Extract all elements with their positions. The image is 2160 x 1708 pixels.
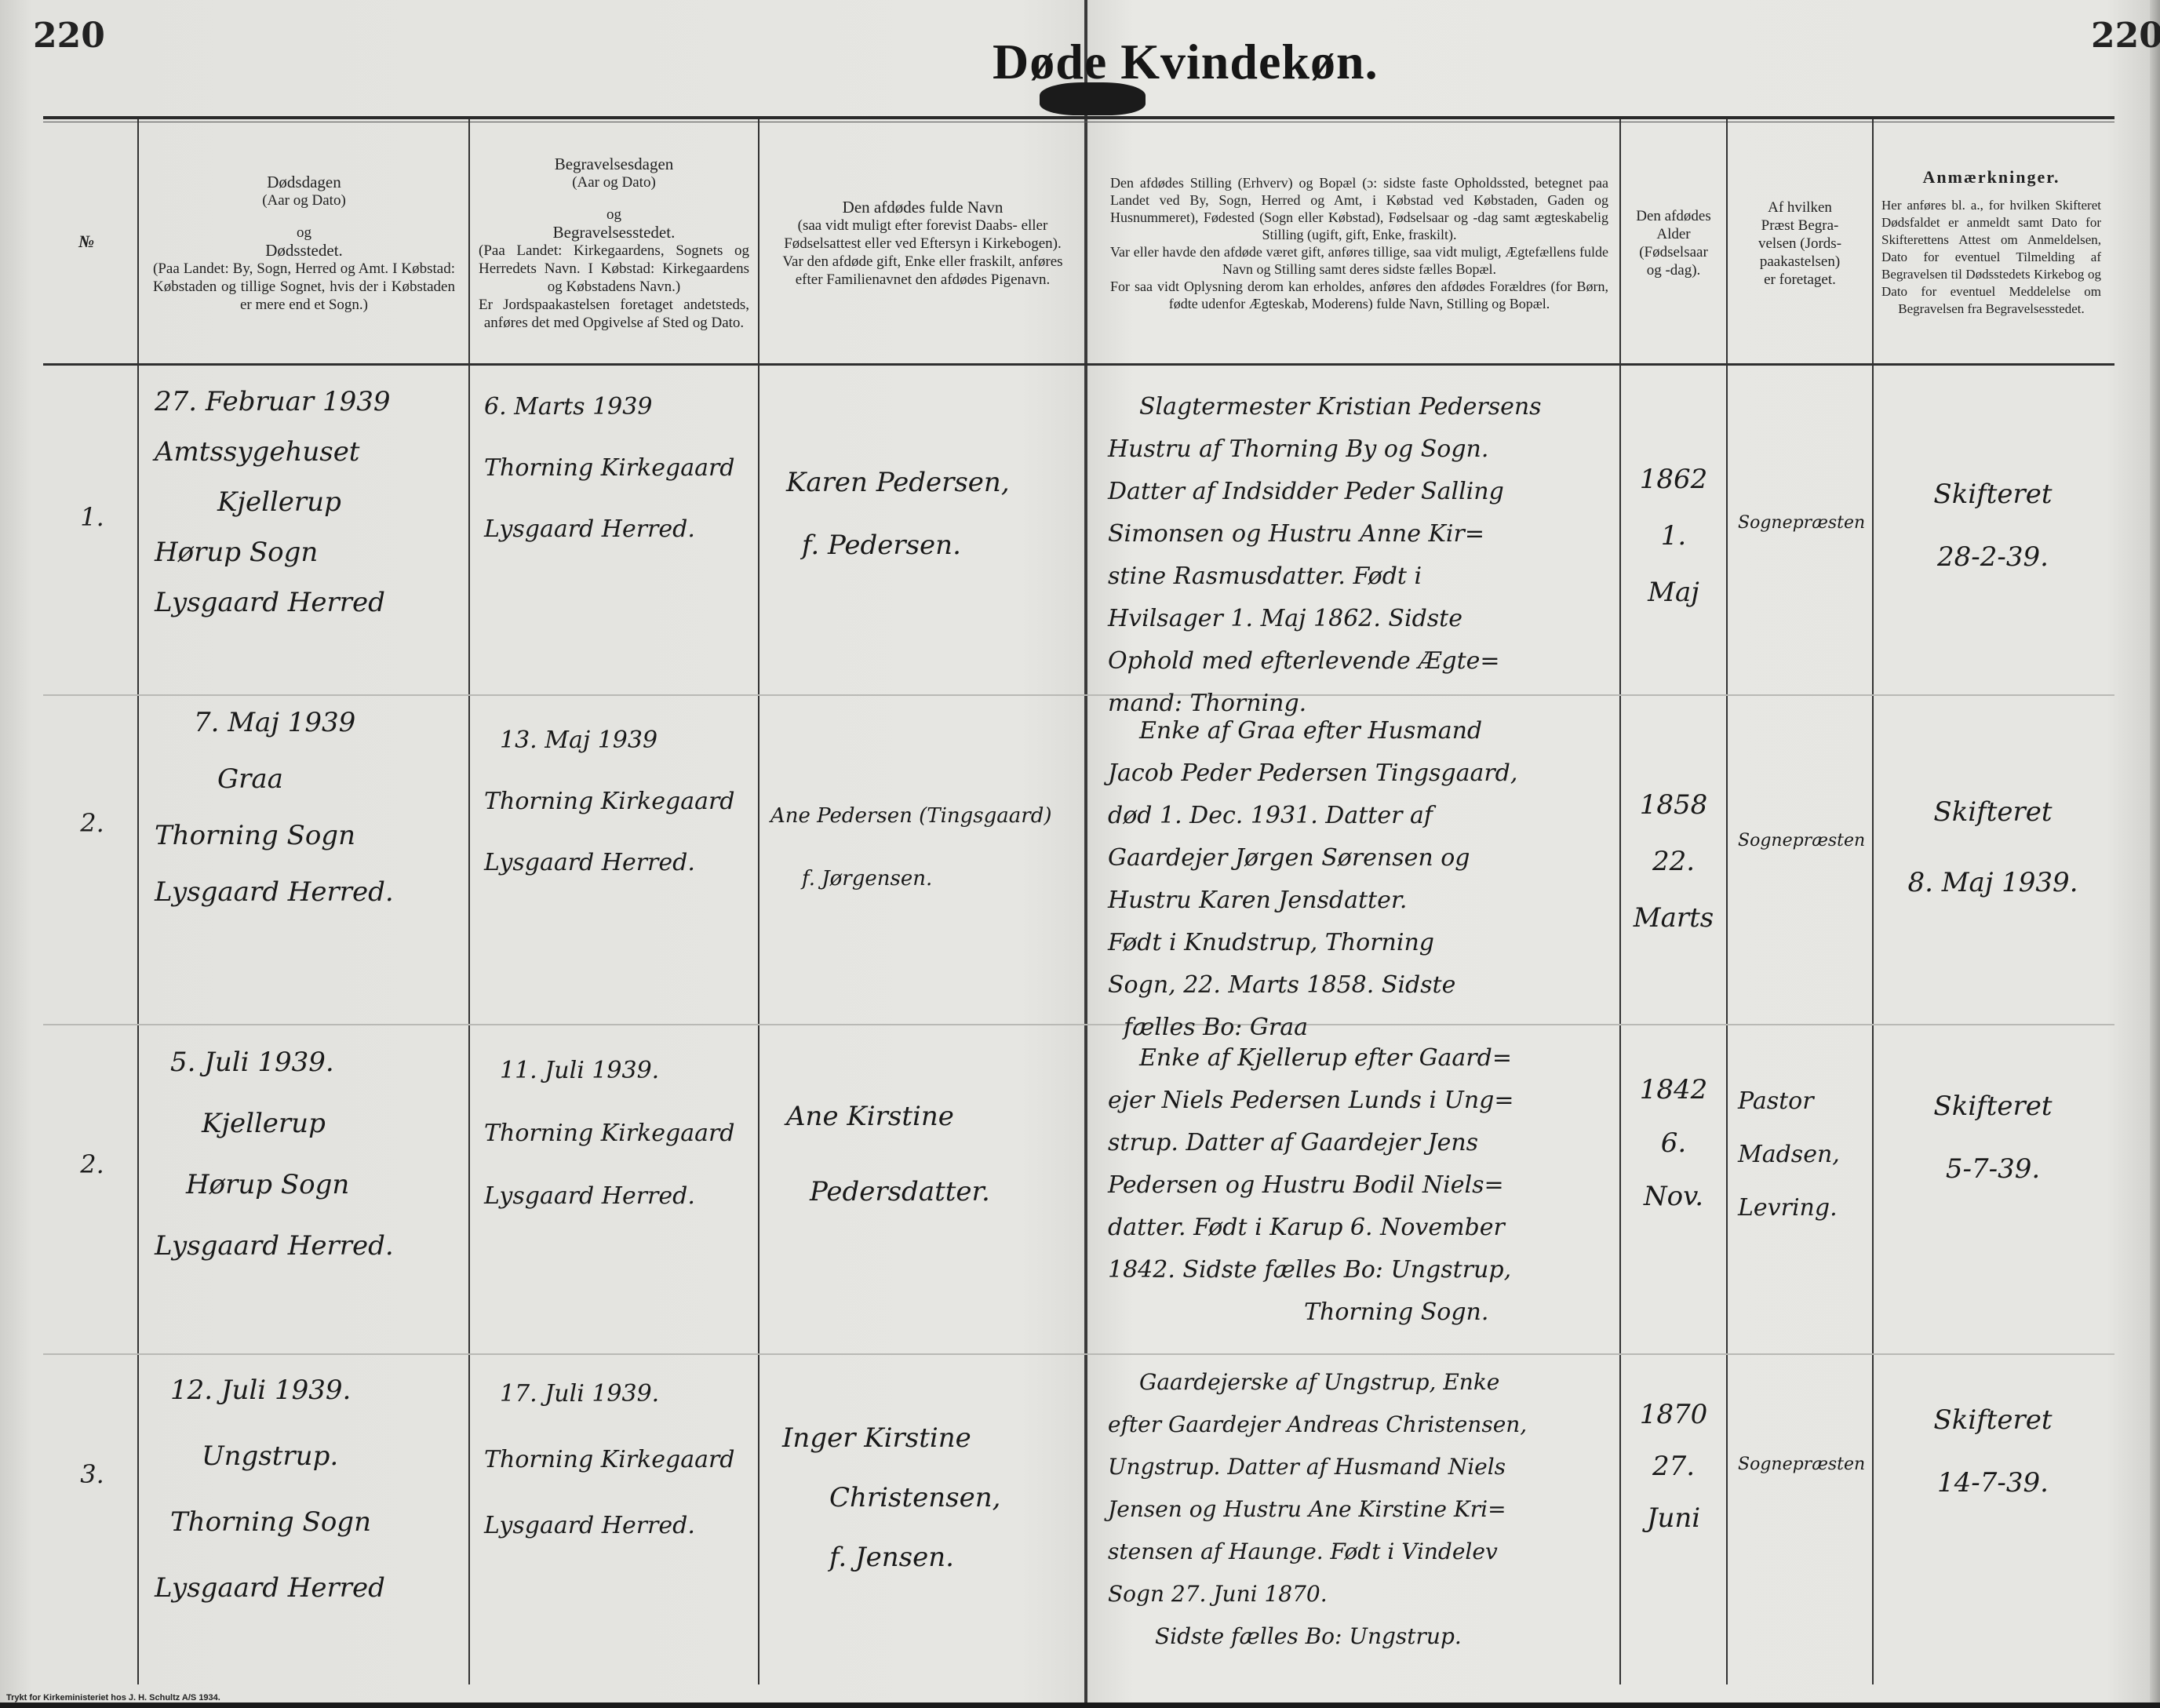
row-divider	[43, 1024, 2114, 1025]
cell-line: Lysgaard Herred	[155, 577, 457, 628]
entry-remarks: Skifteret 5-7-39.	[1875, 1075, 2111, 1200]
cell-line: Hørup Sogn	[155, 527, 457, 577]
cell-line: Lysgaard Herred.	[484, 499, 748, 560]
column-header-name: Den afdødes fulde Navn (saa vidt muligt …	[761, 126, 1084, 361]
cell-line: Thorning Kirkegaard	[484, 771, 748, 832]
cell-line: Thorning Sogn	[155, 1489, 457, 1555]
cell-line: Hvilsager 1. Maj 1862. Sidste	[1108, 598, 1607, 640]
header-line: velsen (Jords-	[1758, 235, 1841, 253]
cell-line: Født i Knudstrup, Thorning	[1108, 922, 1607, 964]
header-line: paakastelsen)	[1760, 253, 1840, 271]
entry-priest: Sognepræsten	[1728, 498, 1873, 548]
cell-line: Ane Pedersen (Tingsgaard)	[770, 785, 1073, 847]
cell-line: Thorning Kirkegaard	[484, 438, 748, 499]
entry-name: Ane Kirstine Pedersdatter.	[777, 1079, 1083, 1229]
cell-line: efter Gaardejer Andreas Christensen,	[1108, 1404, 1607, 1446]
cell-line: Hustru Karen Jensdatter.	[1108, 879, 1607, 922]
cell-line: Hustru af Thorning By og Sogn.	[1108, 428, 1607, 471]
cell-line: Ungstrup.	[155, 1423, 457, 1489]
entry-number: 1.	[55, 502, 129, 532]
header-line: Den afdødes	[1636, 207, 1711, 225]
header-line: Dødsdagen	[267, 173, 341, 191]
cell-line: 1870	[1630, 1389, 1717, 1440]
book-edge	[2150, 0, 2160, 1708]
entry-number: 2.	[55, 1149, 129, 1179]
cell-line: Sognepræsten	[1738, 1440, 1863, 1490]
cell-line: Sognepræsten	[1738, 816, 1863, 866]
cell-line: Enke af Kjellerup efter Gaard=	[1108, 1037, 1607, 1080]
entry-age: 1862 1. Maj	[1621, 451, 1726, 621]
cell-line: Karen Pedersen,	[786, 451, 1073, 514]
entry-burial: 17. Juli 1939. Thorning Kirkegaard Lysga…	[475, 1361, 757, 1559]
header-line: Af hvilken	[1768, 198, 1832, 217]
header-line: (Aar og Dato)	[572, 173, 656, 191]
entry-occupation: Gaardejerske af Ungstrup, Enke efter Gaa…	[1098, 1361, 1616, 1658]
cell-line: 1858	[1630, 777, 1717, 833]
entry-age: 1858 22. Marts	[1621, 777, 1726, 946]
entry-age: 1870 27. Juni	[1621, 1389, 1726, 1544]
cell-line: Juni	[1630, 1492, 1717, 1544]
header-line: Anmærkninger.	[1923, 169, 2060, 186]
entry-remarks: Skifteret 14-7-39.	[1875, 1389, 2111, 1514]
column-header-age: Den afdødes Alder (Fødselsaar og -dag).	[1621, 126, 1726, 361]
row-divider	[43, 1353, 2114, 1355]
cell-line: Christensen,	[782, 1468, 1073, 1528]
cell-line: Pastor	[1738, 1075, 1863, 1128]
entry-number: 2.	[55, 808, 129, 838]
cell-line: 6. Marts 1939	[484, 377, 748, 438]
cell-line: 27. Februar 1939	[155, 377, 457, 427]
entry-burial: 13. Maj 1939 Thorning Kirkegaard Lysgaar…	[475, 710, 757, 894]
entry-remarks: Skifteret 8. Maj 1939.	[1875, 777, 2111, 918]
entry-priest: Sognepræsten	[1728, 816, 1873, 866]
header-line: Begravelsesdagen	[555, 155, 674, 173]
entry-name: Inger Kirstine Christensen, f. Jensen.	[773, 1408, 1083, 1587]
cell-line: Gaardejerske af Ungstrup, Enke	[1108, 1361, 1607, 1404]
entry-occupation: Enke af Kjellerup efter Gaard= ejer Niel…	[1098, 1037, 1616, 1334]
printer-note: Trykt for Kirkeministeriet hos J. H. Sch…	[6, 1693, 220, 1703]
cell-line: Slagtermester Kristian Pedersens	[1108, 386, 1607, 428]
cell-line: strup. Datter af Gaardejer Jens	[1108, 1122, 1607, 1164]
column-divider	[468, 119, 470, 1684]
cell-line: Sogn, 22. Marts 1858. Sidste	[1108, 964, 1607, 1007]
cell-line: Nov.	[1630, 1170, 1717, 1223]
header-bottom-rule	[43, 363, 2114, 366]
cell-line: ejer Niels Pedersen Lunds i Ung=	[1108, 1080, 1607, 1122]
cell-line: Jacob Peder Pedersen Tingsgaard,	[1108, 752, 1607, 795]
cell-line: 17. Juli 1939.	[484, 1361, 748, 1427]
column-divider	[137, 119, 139, 1684]
cell-line: 8. Maj 1939.	[1885, 847, 2101, 918]
page-number-left: 220	[33, 16, 105, 56]
cell-line: f. Jensen.	[782, 1528, 1073, 1587]
header-top-rule	[43, 116, 2114, 119]
column-header-number: №	[78, 231, 94, 252]
cell-line: Datter af Indsidder Peder Salling	[1108, 471, 1607, 513]
column-header-priest: Af hvilken Præst Begra- velsen (Jords- p…	[1728, 126, 1872, 361]
cell-line: Ungstrup. Datter af Husmand Niels	[1108, 1446, 1607, 1488]
header-line: Dødsstedet.	[265, 242, 343, 260]
header-note: Var den afdøde gift, Enke eller fraskilt…	[769, 253, 1076, 289]
header-line: og	[297, 224, 311, 242]
header-note: (Paa Landet: By, Sogn, Herred og Amt. I …	[153, 260, 455, 314]
cell-line: Levring.	[1738, 1182, 1863, 1235]
header-note: For saa vidt Oplysning derom kan erholde…	[1110, 278, 1608, 312]
page-number-right: 220	[2091, 16, 2160, 56]
cell-line: datter. Født i Karup 6. November	[1108, 1207, 1607, 1249]
cell-line: 22.	[1630, 833, 1717, 890]
cell-line: 11. Juli 1939.	[484, 1040, 748, 1102]
cell-line: Lysgaard Herred.	[484, 1493, 748, 1559]
header-line: Præst Begra-	[1761, 217, 1839, 235]
register-title: Døde Kvindekøn.	[993, 33, 1379, 91]
cell-line: 1.	[1630, 508, 1717, 564]
header-note: (Paa Landet: Kirkegaardens, Sognets og H…	[479, 242, 749, 296]
cell-line: Hørup Sogn	[155, 1154, 457, 1215]
header-note: (saa vidt muligt efter forevist Daabs- e…	[769, 217, 1076, 253]
entry-burial: 11. Juli 1939. Thorning Kirkegaard Lysga…	[475, 1040, 757, 1228]
entry-death: 7. Maj 1939 Graa Thorning Sogn Lysgaard …	[145, 694, 467, 920]
cell-line: Maj	[1630, 564, 1717, 621]
entry-death: 12. Juli 1939. Ungstrup. Thorning Sogn L…	[145, 1357, 467, 1621]
column-divider	[758, 119, 759, 1684]
entry-remarks: Skifteret 28-2-39.	[1875, 463, 2111, 588]
cell-line: Lysgaard Herred	[155, 1555, 457, 1621]
cell-line: 6.	[1630, 1116, 1717, 1170]
header-note: Er Jordspaakastelsen foretaget andetsted…	[479, 296, 749, 332]
cell-line: Skifteret	[1885, 1389, 2101, 1451]
entry-name: Karen Pedersen, f. Pedersen.	[777, 451, 1083, 577]
cell-line: 27.	[1630, 1440, 1717, 1492]
entry-occupation: Enke af Graa efter Husmand Jacob Peder P…	[1098, 710, 1616, 1049]
column-header-occupation: Den afdødes Stilling (Erhverv) og Bopæl …	[1102, 126, 1616, 361]
cell-line: 1842. Sidste fælles Bo: Ungstrup,	[1108, 1249, 1607, 1291]
cell-line: Sogn 27. Juni 1870.	[1108, 1573, 1607, 1615]
cell-line: Marts	[1630, 890, 1717, 946]
book-spine	[1084, 0, 1087, 1708]
cell-line: Inger Kirstine	[782, 1408, 1073, 1468]
entry-death: 5. Juli 1939. Kjellerup Hørup Sogn Lysga…	[145, 1032, 467, 1276]
header-note: Her anføres bl. a., for hvilken Skiftere…	[1881, 197, 2101, 318]
cell-line: Skifteret	[1885, 1075, 2101, 1138]
cell-line: 14-7-39.	[1885, 1451, 2101, 1514]
cell-line: 1862	[1630, 451, 1717, 508]
header-line: er foretaget.	[1764, 271, 1836, 289]
cell-line: Sidste fælles Bo: Ungstrup.	[1108, 1615, 1607, 1658]
cell-line: Kjellerup	[155, 477, 457, 527]
header-line: Begravelsesstedet.	[553, 224, 676, 242]
cell-line: Thorning Kirkegaard	[484, 1102, 748, 1165]
header-top-rule-thin	[43, 122, 2114, 122]
cell-line: Skifteret	[1885, 463, 2101, 526]
entry-name: Ane Pedersen (Tingsgaard) f. Jørgensen.	[761, 785, 1083, 910]
cell-line: 5. Juli 1939.	[155, 1032, 457, 1093]
entry-priest: Pastor Madsen, Levring.	[1728, 1075, 1873, 1235]
header-line: Alder	[1656, 225, 1690, 243]
cell-line: Simonsen og Hustru Anne Kir=	[1108, 513, 1607, 555]
header-line: (Aar og Dato)	[262, 191, 346, 209]
entry-age: 1842 6. Nov.	[1621, 1063, 1726, 1223]
cell-line: 1842	[1630, 1063, 1717, 1116]
entry-occupation: Slagtermester Kristian Pedersens Hustru …	[1098, 386, 1616, 725]
header-line: og -dag).	[1647, 261, 1701, 279]
cell-line: Ane Kirstine	[786, 1079, 1073, 1154]
binding-clip	[1040, 82, 1146, 115]
cell-line: Enke af Graa efter Husmand	[1108, 710, 1607, 752]
cell-line: Pedersen og Hustru Bodil Niels=	[1108, 1164, 1607, 1207]
cell-line: 12. Juli 1939.	[155, 1357, 457, 1423]
cell-line: død 1. Dec. 1931. Datter af	[1108, 795, 1607, 837]
page-bottom-edge	[0, 1703, 2160, 1708]
header-line: og	[606, 206, 621, 224]
cell-line: Sognepræsten	[1738, 498, 1863, 548]
column-header-burial: Begravelsesdagen (Aar og Dato) og Begrav…	[471, 126, 757, 361]
cell-line: Amtssygehuset	[155, 427, 457, 477]
cell-line: 13. Maj 1939	[484, 710, 748, 771]
entry-number: 3.	[55, 1459, 129, 1489]
cell-line: Thorning Kirkegaard	[484, 1427, 748, 1493]
cell-line: Jensen og Hustru Ane Kirstine Kri=	[1108, 1488, 1607, 1531]
cell-line: Graa	[155, 751, 457, 807]
header-note: Var eller havde den afdøde været gift, a…	[1110, 243, 1608, 278]
column-header-remarks: Anmærkninger. Her anføres bl. a., for hv…	[1874, 126, 2109, 361]
cell-line: Thorning Sogn.	[1108, 1291, 1607, 1334]
cell-line: Ophold med efterlevende Ægte=	[1108, 640, 1607, 683]
cell-line: Kjellerup	[155, 1093, 457, 1154]
cell-line: Lysgaard Herred.	[155, 864, 457, 920]
cell-line: f. Pedersen.	[786, 514, 1073, 577]
cell-line: Skifteret	[1885, 777, 2101, 847]
entry-burial: 6. Marts 1939 Thorning Kirkegaard Lysgaa…	[475, 377, 757, 560]
cell-line: 28-2-39.	[1885, 526, 2101, 588]
cell-line: Pedersdatter.	[786, 1154, 1073, 1229]
header-line: (Fødselsaar	[1639, 243, 1708, 261]
cell-line: Lysgaard Herred.	[155, 1215, 457, 1276]
header-line: Den afdødes fulde Navn	[843, 198, 1004, 217]
cell-line: 7. Maj 1939	[155, 694, 457, 751]
cell-line: Lysgaard Herred.	[484, 1165, 748, 1228]
cell-line: stensen af Haunge. Født i Vindelev	[1108, 1531, 1607, 1573]
cell-line: Thorning Sogn	[155, 807, 457, 864]
cell-line: Gaardejer Jørgen Sørensen og	[1108, 837, 1607, 879]
column-header-death: Dødsdagen (Aar og Dato) og Dødsstedet. (…	[145, 126, 463, 361]
cell-line: 5-7-39.	[1885, 1138, 2101, 1200]
cell-line: Madsen,	[1738, 1128, 1863, 1182]
header-note: Den afdødes Stilling (Erhverv) og Bopæl …	[1110, 174, 1608, 243]
cell-line: f. Jørgensen.	[770, 847, 1073, 910]
cell-line: stine Rasmusdatter. Født i	[1108, 555, 1607, 598]
entry-death: 27. Februar 1939 Amtssygehuset Kjellerup…	[145, 377, 467, 628]
entry-priest: Sognepræsten	[1728, 1440, 1873, 1490]
cell-line: Lysgaard Herred.	[484, 832, 748, 894]
